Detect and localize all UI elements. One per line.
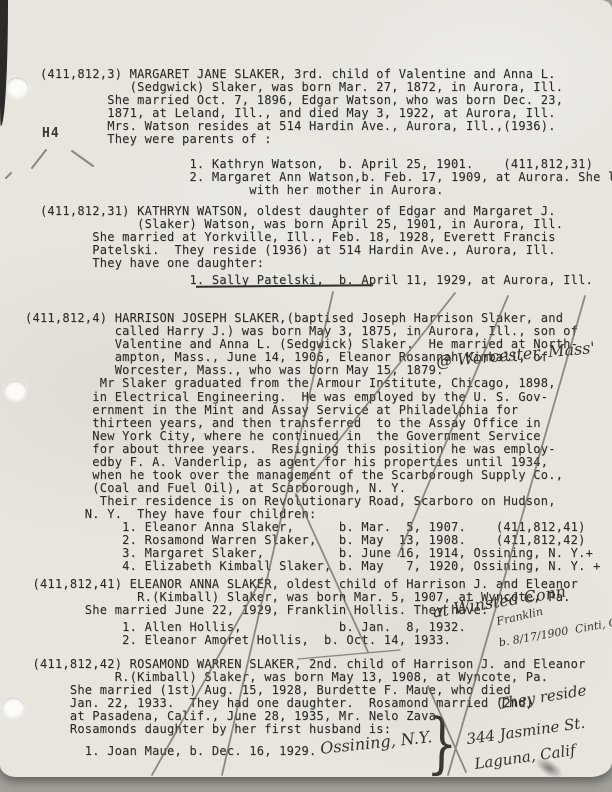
scanned-genealogy-page: { "doc": { "margin_stamp": "H4", "sectio… (0, 0, 612, 792)
pencil-stroke (398, 296, 508, 556)
pencil-stroke (448, 296, 585, 775)
pencil-dot (6, 173, 11, 178)
pencil-stroke (298, 293, 455, 492)
pencil-strike-2nd-child (298, 650, 400, 659)
pencil-strokes-overlay (0, 0, 612, 777)
pencil-tick-right (72, 151, 93, 166)
pencil-tick-left (32, 150, 46, 168)
pencil-stroke (296, 494, 368, 652)
paper-sheet: H4 (411,812,3) MARGARET JANE SLAKER, 3rd… (0, 0, 612, 777)
pencil-stroke (222, 292, 333, 775)
